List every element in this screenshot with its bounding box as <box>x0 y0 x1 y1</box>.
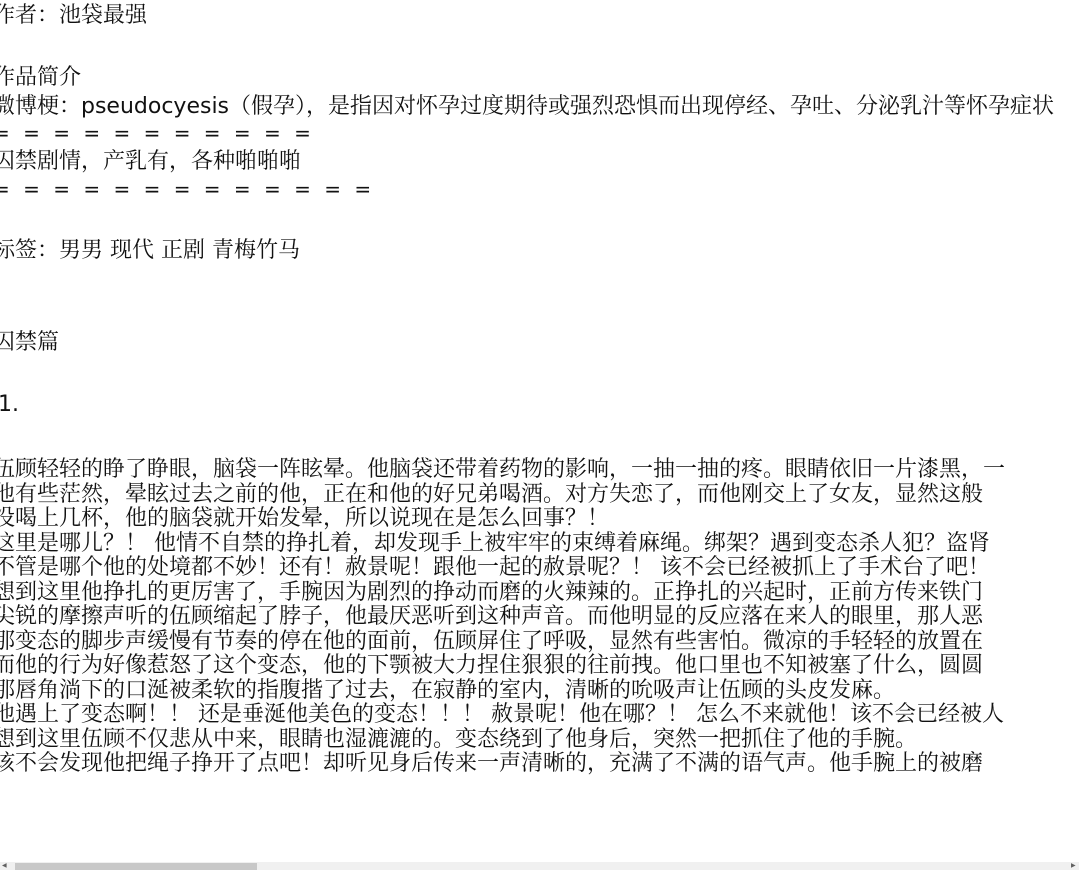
blank-line <box>0 296 1054 327</box>
blank-line <box>0 358 1054 389</box>
story-line: 想到这里他挣扎的更厉害了，手腕因为剧烈的挣动而磨的火辣辣的。正挣扎的兴起时，正前… <box>0 581 1054 606</box>
story-line: 那唇角淌下的口涎被柔软的指腹揩了过去，在寂静的室内，清晰的吮吸声让伍顾的头皮发麻… <box>0 679 1054 704</box>
scroll-left-arrow-icon[interactable]: ◀ <box>2 863 8 869</box>
blank-line <box>0 265 1054 296</box>
blank-line <box>0 31 1054 62</box>
story-line: 那变态的脚步声缓慢有节奏的停在他的面前，伍顾屏住了呼吸，显然有些害怕。微凉的手轻… <box>0 630 1054 655</box>
document-content: 作者：池袋最强 作品简介 微博梗：pseudocyesis（假孕），是指因对怀孕… <box>0 0 1054 777</box>
intro-heading: 作品简介 <box>0 62 1054 93</box>
horizontal-scrollbar-thumb[interactable] <box>15 863 257 870</box>
intro-text: 微博梗：pseudocyesis（假孕），是指因对怀孕过度期待或强烈恐惧而出现停… <box>0 93 1054 121</box>
story-line: 不管是哪个他的处境都不妙！还有！赦景呢！跟他一起的赦景呢？！ 该不会已经被抓上了… <box>0 556 1054 581</box>
story-line: 他有些茫然，晕眩过去之前的他，正在和他的好兄弟喝酒。对方失恋了，而他刚交上了女友… <box>0 483 1054 508</box>
story-line: 尖锐的摩擦声听的伍顾缩起了脖子，他最厌恶听到这种声音。而他明显的反应落在来人的眼… <box>0 605 1054 630</box>
separator-2: = = = = = = = = = = = = = <box>0 175 1054 203</box>
blank-line <box>0 420 1054 458</box>
story-line: 想到这里伍顾不仅悲从中来，眼睛也湿漉漉的。变态绕到了他身后，突然一把抓住了他的手… <box>0 728 1054 753</box>
story-line: 他遇上了变态啊！！ 还是垂涎他美色的变态！！！ 赦景呢！他在哪？！ 怎么不来就他… <box>0 703 1054 728</box>
story-line: 伍顾轻轻的睁了睁眼，脑袋一阵眩晕。他脑袋还带着药物的影响，一抽一抽的疼。眼睛依旧… <box>0 458 1054 483</box>
tags-line: 标签：男男 现代 正剧 青梅竹马 <box>0 235 1054 265</box>
summary-text: 囚禁剧情，产乳有，各种啪啪啪 <box>0 149 1054 175</box>
story-line: 而他的行为好像惹怒了这个变态，他的下颚被大力捏住狠狠的往前拽。他口里也不知被塞了… <box>0 654 1054 679</box>
separator-1: = = = = = = = = = = = <box>0 121 1054 149</box>
section-title: 囚禁篇 <box>0 327 1054 358</box>
scroll-right-arrow-icon[interactable]: ▶ <box>1071 863 1077 869</box>
author-line: 作者：池袋最强 <box>0 0 1054 31</box>
story-line: 没喝上几杯，他的脑袋就开始发晕，所以说现在是怎么回事？！ <box>0 507 1054 532</box>
story-line: 这里是哪儿？！ 他情不自禁的挣扎着，却发现手上被牢牢的束缚着麻绳。绑架？遇到变态… <box>0 532 1054 557</box>
document-viewport: 作者：池袋最强 作品简介 微博梗：pseudocyesis（假孕），是指因对怀孕… <box>0 0 1079 862</box>
blank-line <box>0 203 1054 235</box>
horizontal-scrollbar[interactable]: ◀ ▶ <box>0 862 1079 870</box>
chapter-number: 1. <box>0 389 1054 420</box>
story-line: 该不会发现他把绳子挣开了点吧！却听见身后传来一声清晰的，充满了不满的语气声。他手… <box>0 752 1054 777</box>
